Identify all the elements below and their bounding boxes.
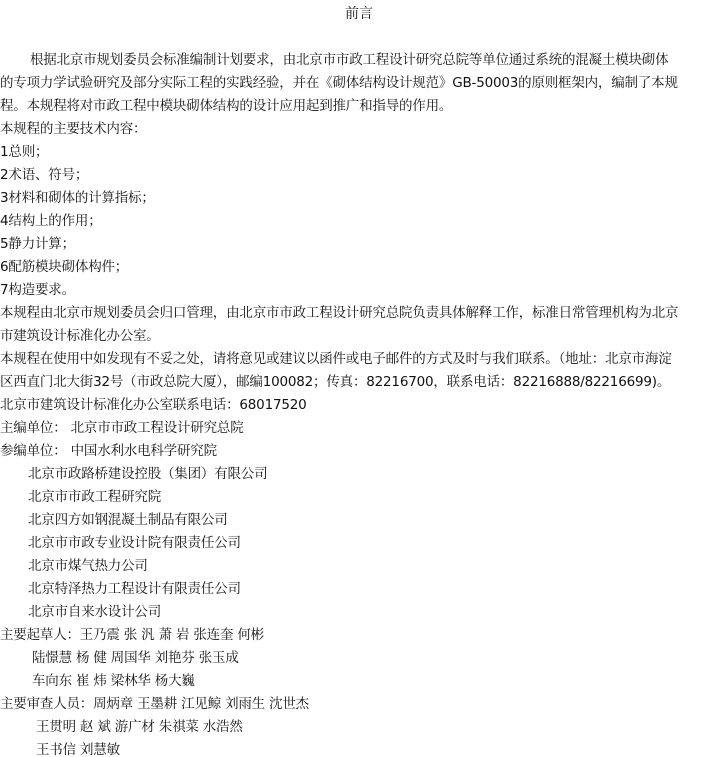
participating-unit: 北京市市政工程研究院 bbox=[28, 488, 161, 506]
main-drafters-label: 主要起草人：王乃震 张 汎 萧 岩 张连奎 何彬 bbox=[0, 626, 264, 644]
page-title: 前言 bbox=[0, 5, 718, 23]
management-paragraph-line-2: 市建筑设计标准化办公室。 bbox=[0, 327, 160, 345]
participating-unit: 北京市政路桥建设控股（集团）有限公司 bbox=[28, 465, 267, 483]
main-reviewers-continued: 王书信 刘慧敏 bbox=[36, 741, 120, 757]
main-reviewers-continued: 王贯明 赵 斌 游广材 朱祺菜 水浩然 bbox=[36, 718, 243, 736]
chief-editor-unit: 主编单位： 北京市市政工程设计研究总院 bbox=[0, 419, 244, 437]
intro-paragraph-line-1: 根据北京市规划委员会标准编制计划要求，由北京市市政工程设计研究总院等单位通过系统… bbox=[30, 51, 668, 69]
participating-unit: 北京市自来水设计公司 bbox=[28, 603, 161, 621]
participating-unit: 北京四方如钢混凝土制品有限公司 bbox=[28, 511, 228, 529]
feedback-paragraph-line-1: 本规程在使用中如发现有不妥之处，请将意见或建议以函件或电子邮件的方式及时与我们联… bbox=[0, 350, 672, 368]
contents-item-3: 3材料和砌体的计算指标； bbox=[0, 189, 155, 207]
contents-item-6: 6配筋模块砌体构件； bbox=[0, 258, 128, 276]
contents-heading: 本规程的主要技术内容： bbox=[0, 120, 146, 138]
contents-item-2: 2术语、符号； bbox=[0, 166, 88, 184]
participating-unit: 北京特泽热力工程设计有限责任公司 bbox=[28, 580, 241, 598]
main-drafters-continued: 陆憬慧 杨 健 周国华 刘艳芬 张玉成 bbox=[32, 649, 239, 667]
contents-item-1: 1总则； bbox=[0, 143, 48, 161]
office-phone-line: 北京市建筑设计标准化办公室联系电话：68017520 bbox=[0, 396, 307, 414]
main-reviewers-label: 主要审查人员：周炳章 王墨耕 江见鲸 刘雨生 沈世杰 bbox=[0, 695, 309, 713]
contents-item-7: 7构造要求。 bbox=[0, 281, 75, 299]
main-drafters-continued: 车向东 崔 炜 梁林华 杨大巍 bbox=[32, 672, 195, 690]
participating-unit: 北京市市政专业设计院有限责任公司 bbox=[28, 534, 241, 552]
management-paragraph-line-1: 本规程由北京市规划委员会归口管理，由北京市市政工程设计研究总院负责具体解释工作，… bbox=[0, 304, 678, 322]
participating-units-label: 参编单位： 中国水利水电科学研究院 bbox=[0, 442, 217, 460]
contents-item-4: 4结构上的作用； bbox=[0, 212, 102, 230]
intro-paragraph-line-3: 程。本规程将对市政工程中模块砌体结构的设计应用起到推广和指导的作用。 bbox=[0, 97, 452, 115]
contents-item-5: 5静力计算； bbox=[0, 235, 75, 253]
feedback-paragraph-line-2: 区西直门北大街32号（市政总院大厦），邮编100082；传真：82216700，… bbox=[0, 373, 670, 391]
participating-unit: 北京市煤气热力公司 bbox=[28, 557, 148, 575]
intro-paragraph-line-2: 的专项力学试验研究及部分实际工程的实践经验，并在《砌体结构设计规范》GB-500… bbox=[0, 74, 678, 92]
